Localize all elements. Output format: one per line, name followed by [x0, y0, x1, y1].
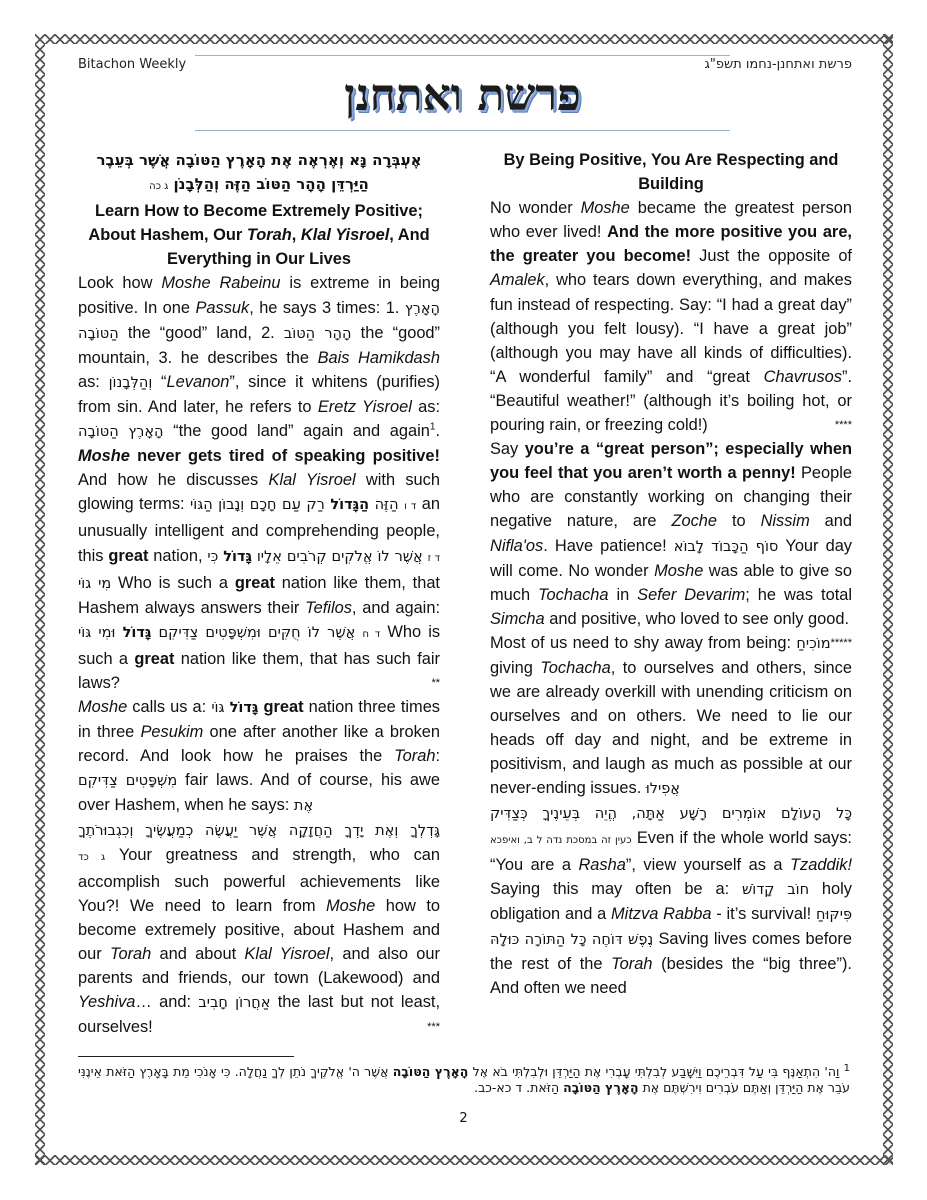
text-run: חוֹב קָדוֹשׁ — [742, 882, 809, 898]
pasuk-line-2: הַיַּרְדֵּן הָהָר הַטּוֹב הַזֶּה וְהַלְּ… — [78, 172, 440, 199]
text-run: to — [717, 512, 761, 530]
text-run: הַגָּדוֹל — [330, 497, 369, 513]
text-run: “the good land” again and again — [164, 422, 430, 440]
text-run: Yeshiva — [78, 993, 135, 1011]
text-run: Passuk — [195, 299, 249, 317]
text-run: הָהָר הַטּוֹב — [284, 326, 352, 342]
heading-text: , — [292, 226, 301, 244]
text-run: - it’s survival! — [711, 905, 816, 923]
text-run: the “good” land, 2. — [119, 324, 284, 342]
title-rule-top — [195, 55, 730, 56]
page-title: פרשת ואתחנן — [195, 68, 730, 124]
right-column: By Being Positive, You Are Respecting an… — [490, 148, 852, 1000]
pasuk-text: הַיַּרְדֵּן הָהָר הַטּוֹב הַזֶּה וְהַלְּ… — [174, 175, 369, 193]
text-run: Tzaddik! — [790, 856, 852, 874]
footnote: 1 וַה' הִתְאַנֶּף בִּי עַל דִּבְרֵיכֶם ו… — [78, 1064, 850, 1096]
text-run: גָּדוֹל — [223, 549, 252, 565]
text-run: Sefer Devarim — [637, 586, 745, 604]
text-run: great — [134, 650, 174, 668]
text-run: Torah — [110, 945, 151, 963]
text-run: Chavrusos — [764, 368, 842, 386]
text-run: Nifla'os — [490, 537, 543, 555]
pasuk-reference: ג כה — [149, 181, 168, 192]
text-run: great — [108, 547, 148, 565]
decorative-border-left — [35, 34, 45, 1165]
text-run: . Have patience! — [543, 537, 674, 555]
text-run: Levanon — [167, 373, 230, 391]
text-run: מוֹכִיחַ — [796, 636, 830, 652]
text-run: Nissim — [761, 512, 810, 530]
text-run: Rasha — [578, 856, 625, 874]
text-run: Mitzva Rabba — [611, 905, 711, 923]
text-run: … and: — [135, 993, 198, 1011]
text-run: ד ו — [404, 501, 416, 512]
text-run: , he says 3 times: 1. — [249, 299, 405, 317]
text-run: כעין זה במסכת נדה ל ב, ואיפכא — [490, 835, 632, 846]
text-run: Pesukim — [140, 723, 203, 741]
text-run: ד ח אֲשֶׁר לוֹ חֻקִּים וּמִשְׁפָּטִים צַ… — [78, 625, 380, 641]
text-run: מִשְׁפָּטִים צַדִּיקִם — [78, 773, 177, 789]
text-run: Moshe — [581, 199, 630, 217]
text-run: Tefilos — [305, 599, 352, 617]
text-run: Simcha — [490, 610, 545, 628]
footnote-text: הַזֹּאת. ד כא-כב. — [474, 1080, 563, 1095]
text-run: גָּדוֹל גּוֹי — [211, 700, 258, 716]
text-run: Moshe — [78, 447, 130, 465]
pasuk-line-1: אֶעְבְּרָה נָּא וְאֶרְאֶה אֶת הָאָרֶץ הַ… — [78, 148, 440, 172]
text-run: Say — [490, 440, 525, 458]
text-run: Moshe — [78, 698, 127, 716]
text-run: No wonder — [490, 199, 581, 217]
left-paragraph-2: Moshe calls us a: גָּדוֹל גּוֹי great na… — [78, 695, 440, 1039]
text-run: אֲשֶׁר לוֹ אֱלֹקִים קְרֹבִים אֵלָיו — [257, 549, 423, 565]
text-run: . — [435, 422, 440, 440]
decorative-border-bottom — [35, 1155, 893, 1165]
text-run: גָּדוֹל — [123, 625, 152, 641]
text-run: כָּל הָעוֹלָם אוֹמְרִים רָשָׁע אַתָּה, ה… — [490, 802, 852, 826]
text-run: אַחֲרוֹן חָבִיב — [198, 995, 270, 1011]
text-run: giving — [490, 659, 540, 677]
text-run: גּוֹי — [211, 700, 224, 716]
text-run: אֲפִילוּ — [646, 781, 680, 797]
right-paragraph-1: No wonder Moshe became the greatest pers… — [490, 196, 852, 437]
text-run: in — [609, 586, 638, 604]
text-run: Torah — [394, 747, 435, 765]
text-run: Tochacha — [538, 586, 608, 604]
section-divider-stars: ***** — [831, 631, 852, 655]
text-run: סוֹף הַכָּבוֹד לָבוֹא — [674, 539, 779, 555]
section-divider-stars: ** — [431, 671, 440, 695]
text-run: Eretz Yisroel — [318, 398, 412, 416]
text-run: ד ח — [363, 629, 381, 640]
decorative-border-top — [35, 34, 893, 44]
text-run: : — [435, 747, 440, 765]
text-run: and — [810, 512, 852, 530]
text-run: ד ז — [428, 553, 440, 564]
text-run: “ — [152, 373, 166, 391]
text-run: אֶת — [294, 798, 313, 814]
text-run: Zoche — [671, 512, 717, 530]
text-run: Moshe — [326, 897, 375, 915]
text-run: הַזֶּה — [375, 497, 399, 513]
left-column: אֶעְבְּרָה נָּא וְאֶרְאֶה אֶת הָאָרֶץ הַ… — [78, 148, 440, 1039]
text-run: ”, view yourself as a — [626, 856, 790, 874]
text-run: And how he discusses — [78, 471, 269, 489]
text-run: הָאָרֶץ הַטּוֹבָה — [78, 424, 164, 440]
text-run: Most of us need to shy away from being: — [490, 634, 796, 652]
right-paragraph-3: Most of us need to shy away from being: … — [490, 631, 852, 1000]
page-number: 2 — [0, 1111, 927, 1126]
decorative-border-right — [883, 34, 893, 1165]
text-run: as: — [412, 398, 440, 416]
text-run: and positive, who loved to see only good… — [545, 610, 849, 628]
text-run: nation, — [148, 547, 207, 565]
text-run: , to ourselves and others, since we are … — [490, 659, 852, 797]
publication-name: Bitachon Weekly — [78, 57, 186, 72]
text-run: Moshe — [78, 447, 130, 465]
right-paragraph-2: Say you’re a “great person”; especially … — [490, 437, 852, 631]
text-run: Moshe — [654, 562, 703, 580]
text-run: ד ו הַזֶּה הַגָּדוֹל רַק עַם חָכָם וְנָב… — [190, 497, 416, 513]
heading-italic: Torah — [247, 226, 292, 244]
text-run: ג כד — [78, 852, 105, 863]
footnote-bold: הָאָרֶץ הַטּוֹבָה — [563, 1080, 638, 1095]
text-run: Klal Yisroel — [269, 471, 356, 489]
text-run: Torah — [611, 955, 652, 973]
text-run: Moshe Rabeinu — [161, 274, 280, 292]
text-run: גָּדוֹל — [230, 700, 259, 716]
text-run: גָּדְלְךָ וְאֶת יָדְךָ הַחֲזָקָה אֲשֶׁר … — [78, 819, 440, 843]
text-run: great — [235, 574, 275, 592]
title-rule-bottom — [195, 130, 730, 131]
text-run: אֲשֶׁר לוֹ חֻקִּים וּמִשְׁפָּטִים צַדִּי… — [159, 625, 356, 641]
text-run: , and again: — [352, 599, 440, 617]
text-run: Look how — [78, 274, 161, 292]
text-run: Who is such a — [111, 574, 235, 592]
footnote-marker: 1 — [844, 1063, 850, 1074]
text-run: Saying this may often be a: — [490, 880, 742, 898]
footnote-text: וַה' הִתְאַנֶּף בִּי עַל דִּבְרֵיכֶם וַי… — [468, 1064, 839, 1079]
text-run: Klal Yisroel — [244, 945, 329, 963]
text-run: Tochacha — [540, 659, 610, 677]
text-run: great — [263, 698, 303, 716]
text-run: וּמִי גּוֹי — [78, 625, 115, 641]
text-run: Just the opposite of — [691, 247, 852, 265]
text-run: calls us a: — [127, 698, 211, 716]
left-paragraph-1: Look how Moshe Rabeinu is extreme in bei… — [78, 271, 440, 695]
footnote-separator — [78, 1056, 294, 1057]
text-run: Bais Hamikdash — [318, 349, 440, 367]
text-run: Amalek — [490, 271, 545, 289]
left-section-heading: Learn How to Become Extremely Positive; … — [78, 199, 440, 271]
right-section-heading: By Being Positive, You Are Respecting an… — [490, 148, 852, 196]
footnote-bold: הָאָרֶץ הַטּוֹבָה — [393, 1064, 469, 1079]
text-run: וְהַלְּבָנוֹן — [109, 375, 153, 391]
section-divider-stars: **** — [835, 413, 852, 437]
section-divider-stars: *** — [427, 1015, 440, 1039]
text-run: רַק עַם חָכָם וְנָבוֹן הַגּוֹי — [190, 497, 325, 513]
text-run: as: — [78, 373, 109, 391]
heading-italic: Klal Yisroel — [301, 226, 389, 244]
text-run: and about — [151, 945, 244, 963]
text-run: never gets tired of speaking positive! — [130, 447, 440, 465]
text-run: ; he was total — [745, 586, 852, 604]
